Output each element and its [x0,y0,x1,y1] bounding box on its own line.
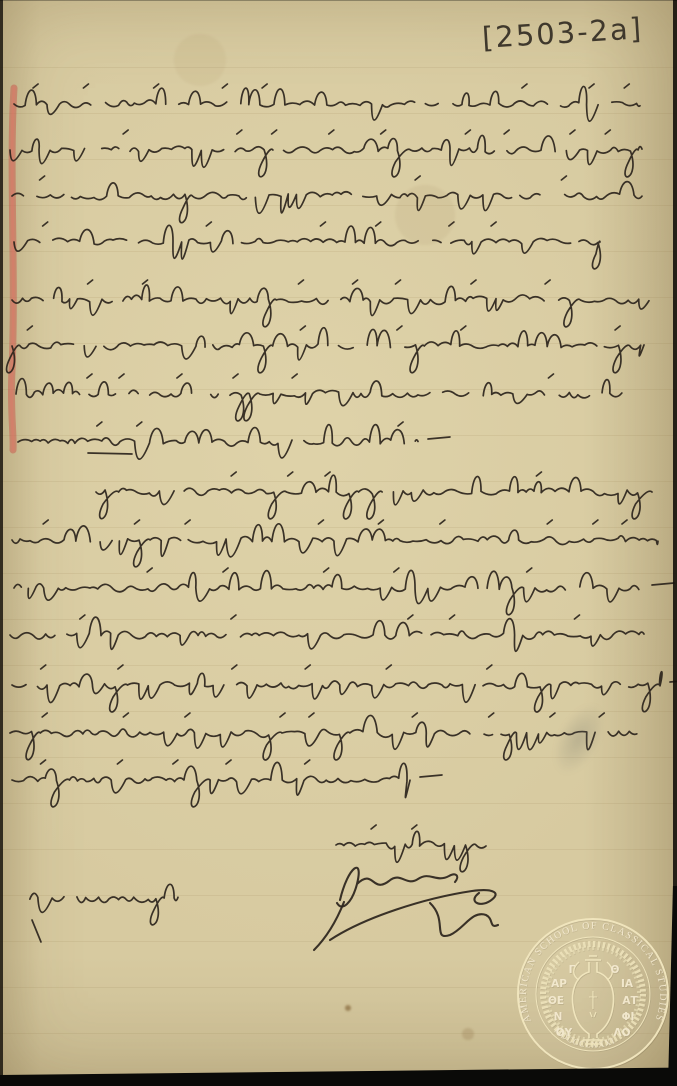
handwritten-line [96,472,652,519]
seal-letter: Θ [611,964,620,976]
handwritten-line [30,884,178,925]
handwritten-line [14,568,674,615]
handwritten-line [12,665,677,712]
handwritten-line [12,280,649,327]
date-slash-mark [32,920,41,942]
signature [314,868,498,950]
paper-stain [395,185,455,245]
scan-background: [2503-2a] AMER [0,0,677,1086]
handwritten-line [14,222,600,269]
handwritten-line [10,130,642,177]
scan-edge-top [0,0,677,1]
handwritten-line [14,84,640,121]
paper-stain [462,1028,474,1040]
signature-stroke [430,903,498,936]
scan-edge-left [0,0,3,1086]
handwritten-line [12,520,658,567]
seal-letter: ΛΟ [613,1027,630,1039]
embossed-seal: AMERICAN SCHOOL OF CLASSICAL STUDIES AT … [514,915,672,1073]
signature-stroke [330,890,496,940]
seal-letter: Ν [554,1011,563,1023]
seal-letter: ΙΑ [621,978,634,990]
handwritten-line [16,374,622,421]
handwritten-line [12,760,442,807]
handwritten-line [7,326,644,373]
seal-letter: ΘΕ [548,995,564,1007]
handwritten-text-lines [7,84,677,925]
seal-letter: ΑΡ [551,978,567,990]
handwritten-line [12,176,642,223]
seal-letter: ΟΥ [556,1027,573,1039]
paper-stain [174,34,226,86]
signature-stroke [337,868,457,907]
signature-stroke [314,902,344,950]
seal-letter: ΑΤ [622,995,638,1007]
handwritten-line [336,825,486,872]
letter-page: [2503-2a] AMER [0,0,677,1086]
paper-stain [345,1005,351,1011]
handwritten-line [18,422,450,459]
seal-letter: ΦΙ [622,1011,635,1023]
handwritten-line [10,615,644,651]
handwritten-line [10,713,637,760]
seal-letter: Γ [569,964,576,976]
